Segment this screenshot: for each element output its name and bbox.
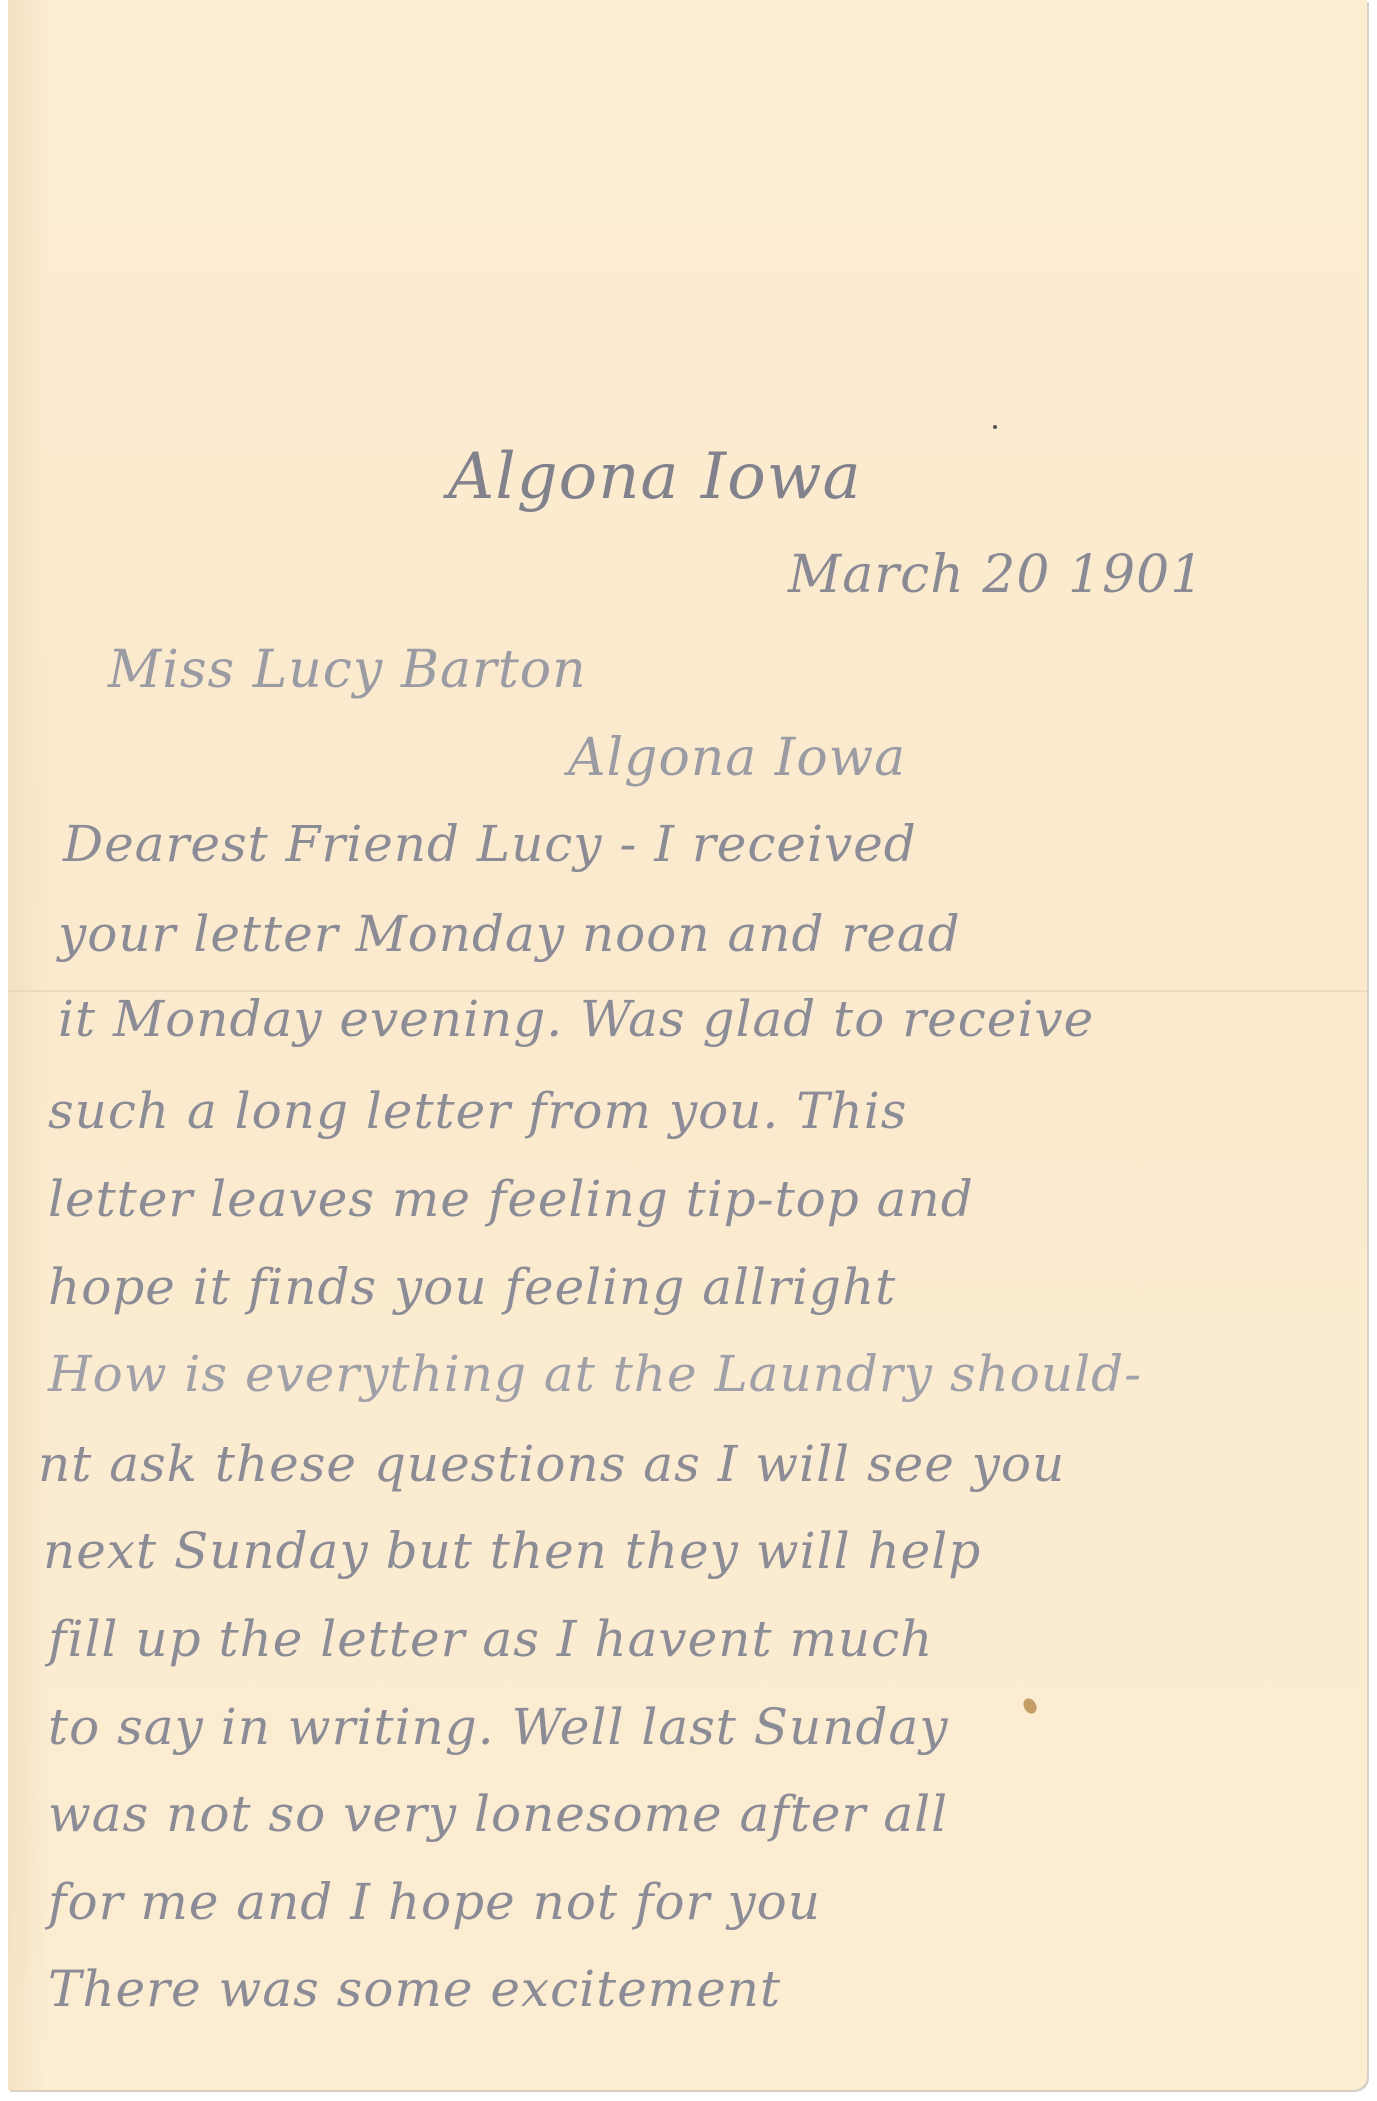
recipient-name: Miss Lucy Barton xyxy=(108,640,587,700)
body-line: nt ask these questions as I will see you xyxy=(38,1435,1065,1493)
body-line: hope it finds you feeling allright xyxy=(48,1258,896,1316)
body-line: for me and I hope not for you xyxy=(48,1873,821,1931)
body-line: next Sunday but then they will help xyxy=(43,1522,981,1580)
body-line: your letter Monday noon and read xyxy=(58,905,961,963)
body-line: such a long letter from you. This xyxy=(48,1082,907,1140)
body-line: was not so very lonesome after all xyxy=(48,1785,948,1843)
heading-date: March 20 1901 xyxy=(788,545,1204,605)
body-line: Dearest Friend Lucy - I received xyxy=(63,815,917,873)
body-line: How is everything at the Laundry should- xyxy=(48,1345,1142,1403)
body-line: letter leaves me feeling tip-top and xyxy=(48,1170,974,1228)
pencil-dot xyxy=(993,425,997,429)
heading-place: Algona Iowa xyxy=(448,440,862,514)
body-line: fill up the letter as I havent much xyxy=(48,1610,933,1668)
letter-page: Algona Iowa March 20 1901 Miss Lucy Bart… xyxy=(8,0,1367,2090)
recipient-place: Algona Iowa xyxy=(568,728,906,788)
body-line: it Monday evening. Was glad to receive xyxy=(58,990,1094,1048)
rust-stain xyxy=(1021,1696,1039,1716)
body-line: There was some excitement xyxy=(48,1960,781,2018)
body-line: to say in writing. Well last Sunday xyxy=(48,1698,949,1756)
